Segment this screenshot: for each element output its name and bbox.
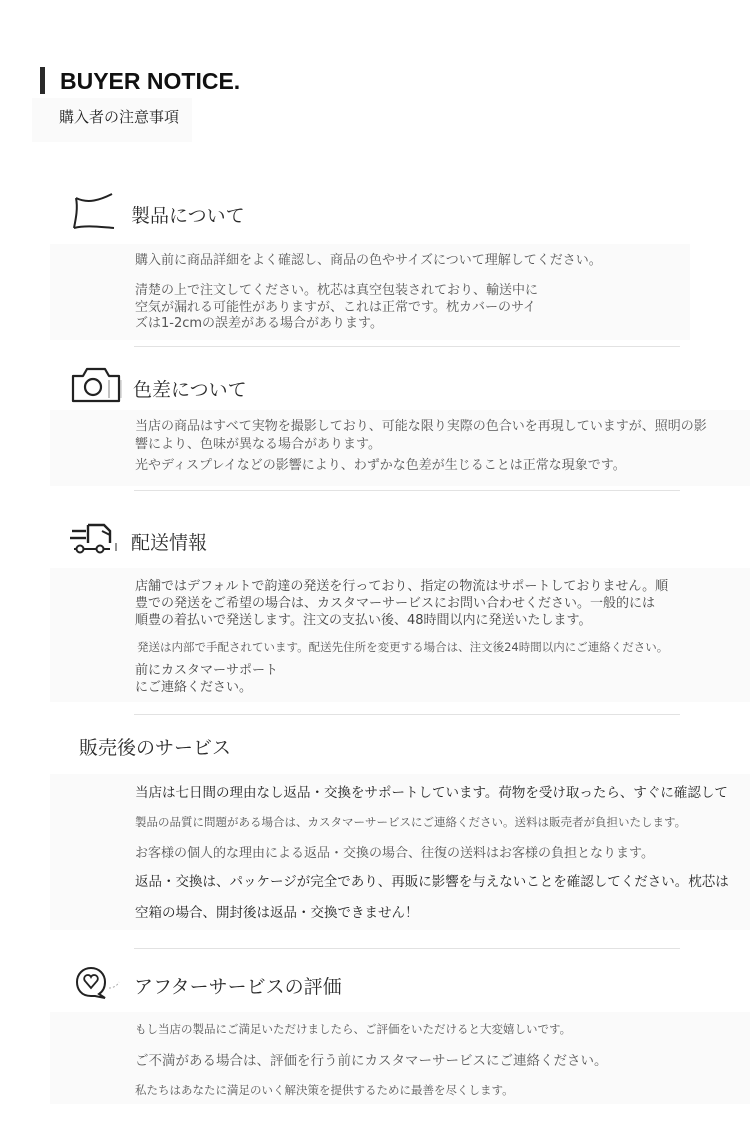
page-title: BUYER NOTICE. [60,68,240,95]
section-title-after-sales: 販売後のサービス [79,733,231,760]
color-paragraph-2: 光やディスプレイなどの影響により、わずかな色差が生じることは正常な現象です。 [135,457,626,474]
shipping-paragraph-3-line-1: 前にカスタマーサポート [135,662,278,679]
review-paragraph-3: 私たちはあなたに満足のいく解決策を提供するために最善を尽くします。 [135,1082,514,1099]
after-sales-paragraph-2: 製品の品質に問題がある場合は、カスタマーサービスにご連絡ください。送料は販売者が… [135,814,686,831]
camera-icon [71,366,125,404]
review-paragraph-1: もし当店の製品にご満足いただけましたら、ご評価をいただけると大変嬉しいです。 [135,1021,571,1038]
shipping-paragraph-1-line-1: 店舗ではデフォルトで韵達の発送を行っており、指定の物流はサポートしておりません。… [135,578,668,595]
divider [134,714,680,715]
page-subtitle: 購入者の注意事項 [59,106,179,127]
delivery-truck-icon [70,521,122,557]
after-sales-paragraph-3: お客様の個人的な理由による返品・交換の場合、往復の送料はお客様の負担となります。 [135,845,654,862]
product-paragraph-2-line-3: ズは1-2cmの誤差がある場合があります。 [135,315,383,332]
heart-chat-icon [75,966,123,1002]
pillow-icon [70,192,118,232]
shipping-paragraph-3-line-2: にご連絡ください。 [135,679,252,696]
review-paragraph-2: ご不満がある場合は、評価を行う前にカスタマーサービスにご連絡ください。 [135,1053,608,1070]
divider [134,346,680,347]
section-title-review: アフターサービスの評価 [134,972,342,999]
divider [134,490,680,491]
product-paragraph-1: 購入前に商品詳細をよく確認し、商品の色やサイズについて理解してください。 [135,252,602,269]
shipping-paragraph-1-line-2: 豊での発送をご希望の場合は、カスタマーサービスにお問い合わせください。一般的には [135,595,655,612]
product-paragraph-2-line-2: 空気が漏れる可能性がありますが、これは正常です。枕カバーのサイ [135,299,536,316]
section-title-shipping: 配送情報 [131,528,207,555]
divider [134,948,680,949]
color-paragraph-1-line-2: 響により、色味が異なる場合があります。 [135,436,381,453]
product-paragraph-2-line-1: 清楚の上で注文してください。枕芯は真空包装されており、輸送中に [135,282,538,299]
shipping-paragraph-1-line-3: 順豊の着払いで発送します。注文の支払い後、48時間以内に発送いたします。 [135,612,591,629]
after-sales-paragraph-5: 空箱の場合、開封後は返品・交換できません！ [135,905,419,922]
header-accent-bar [40,67,45,94]
after-sales-paragraph-1: 当店は七日間の理由なし返品・交換をサポートしています。荷物を受け取ったら、すぐに… [135,785,728,802]
color-paragraph-1-line-1: 当店の商品はすべて実物を撮影しており、可能な限り実際の色合いを再現していますが、… [135,418,707,435]
shipping-paragraph-2: 発送は内部で手配されています。配送先住所を変更する場合は、注文後24時間以内にご… [137,639,668,656]
section-title-color-difference: 色差について [133,375,247,402]
after-sales-paragraph-4: 返品・交換は、パッケージが完全であり、再販に影響を与えないことを確認してください… [135,874,729,891]
section-title-product: 製品について [131,201,245,228]
